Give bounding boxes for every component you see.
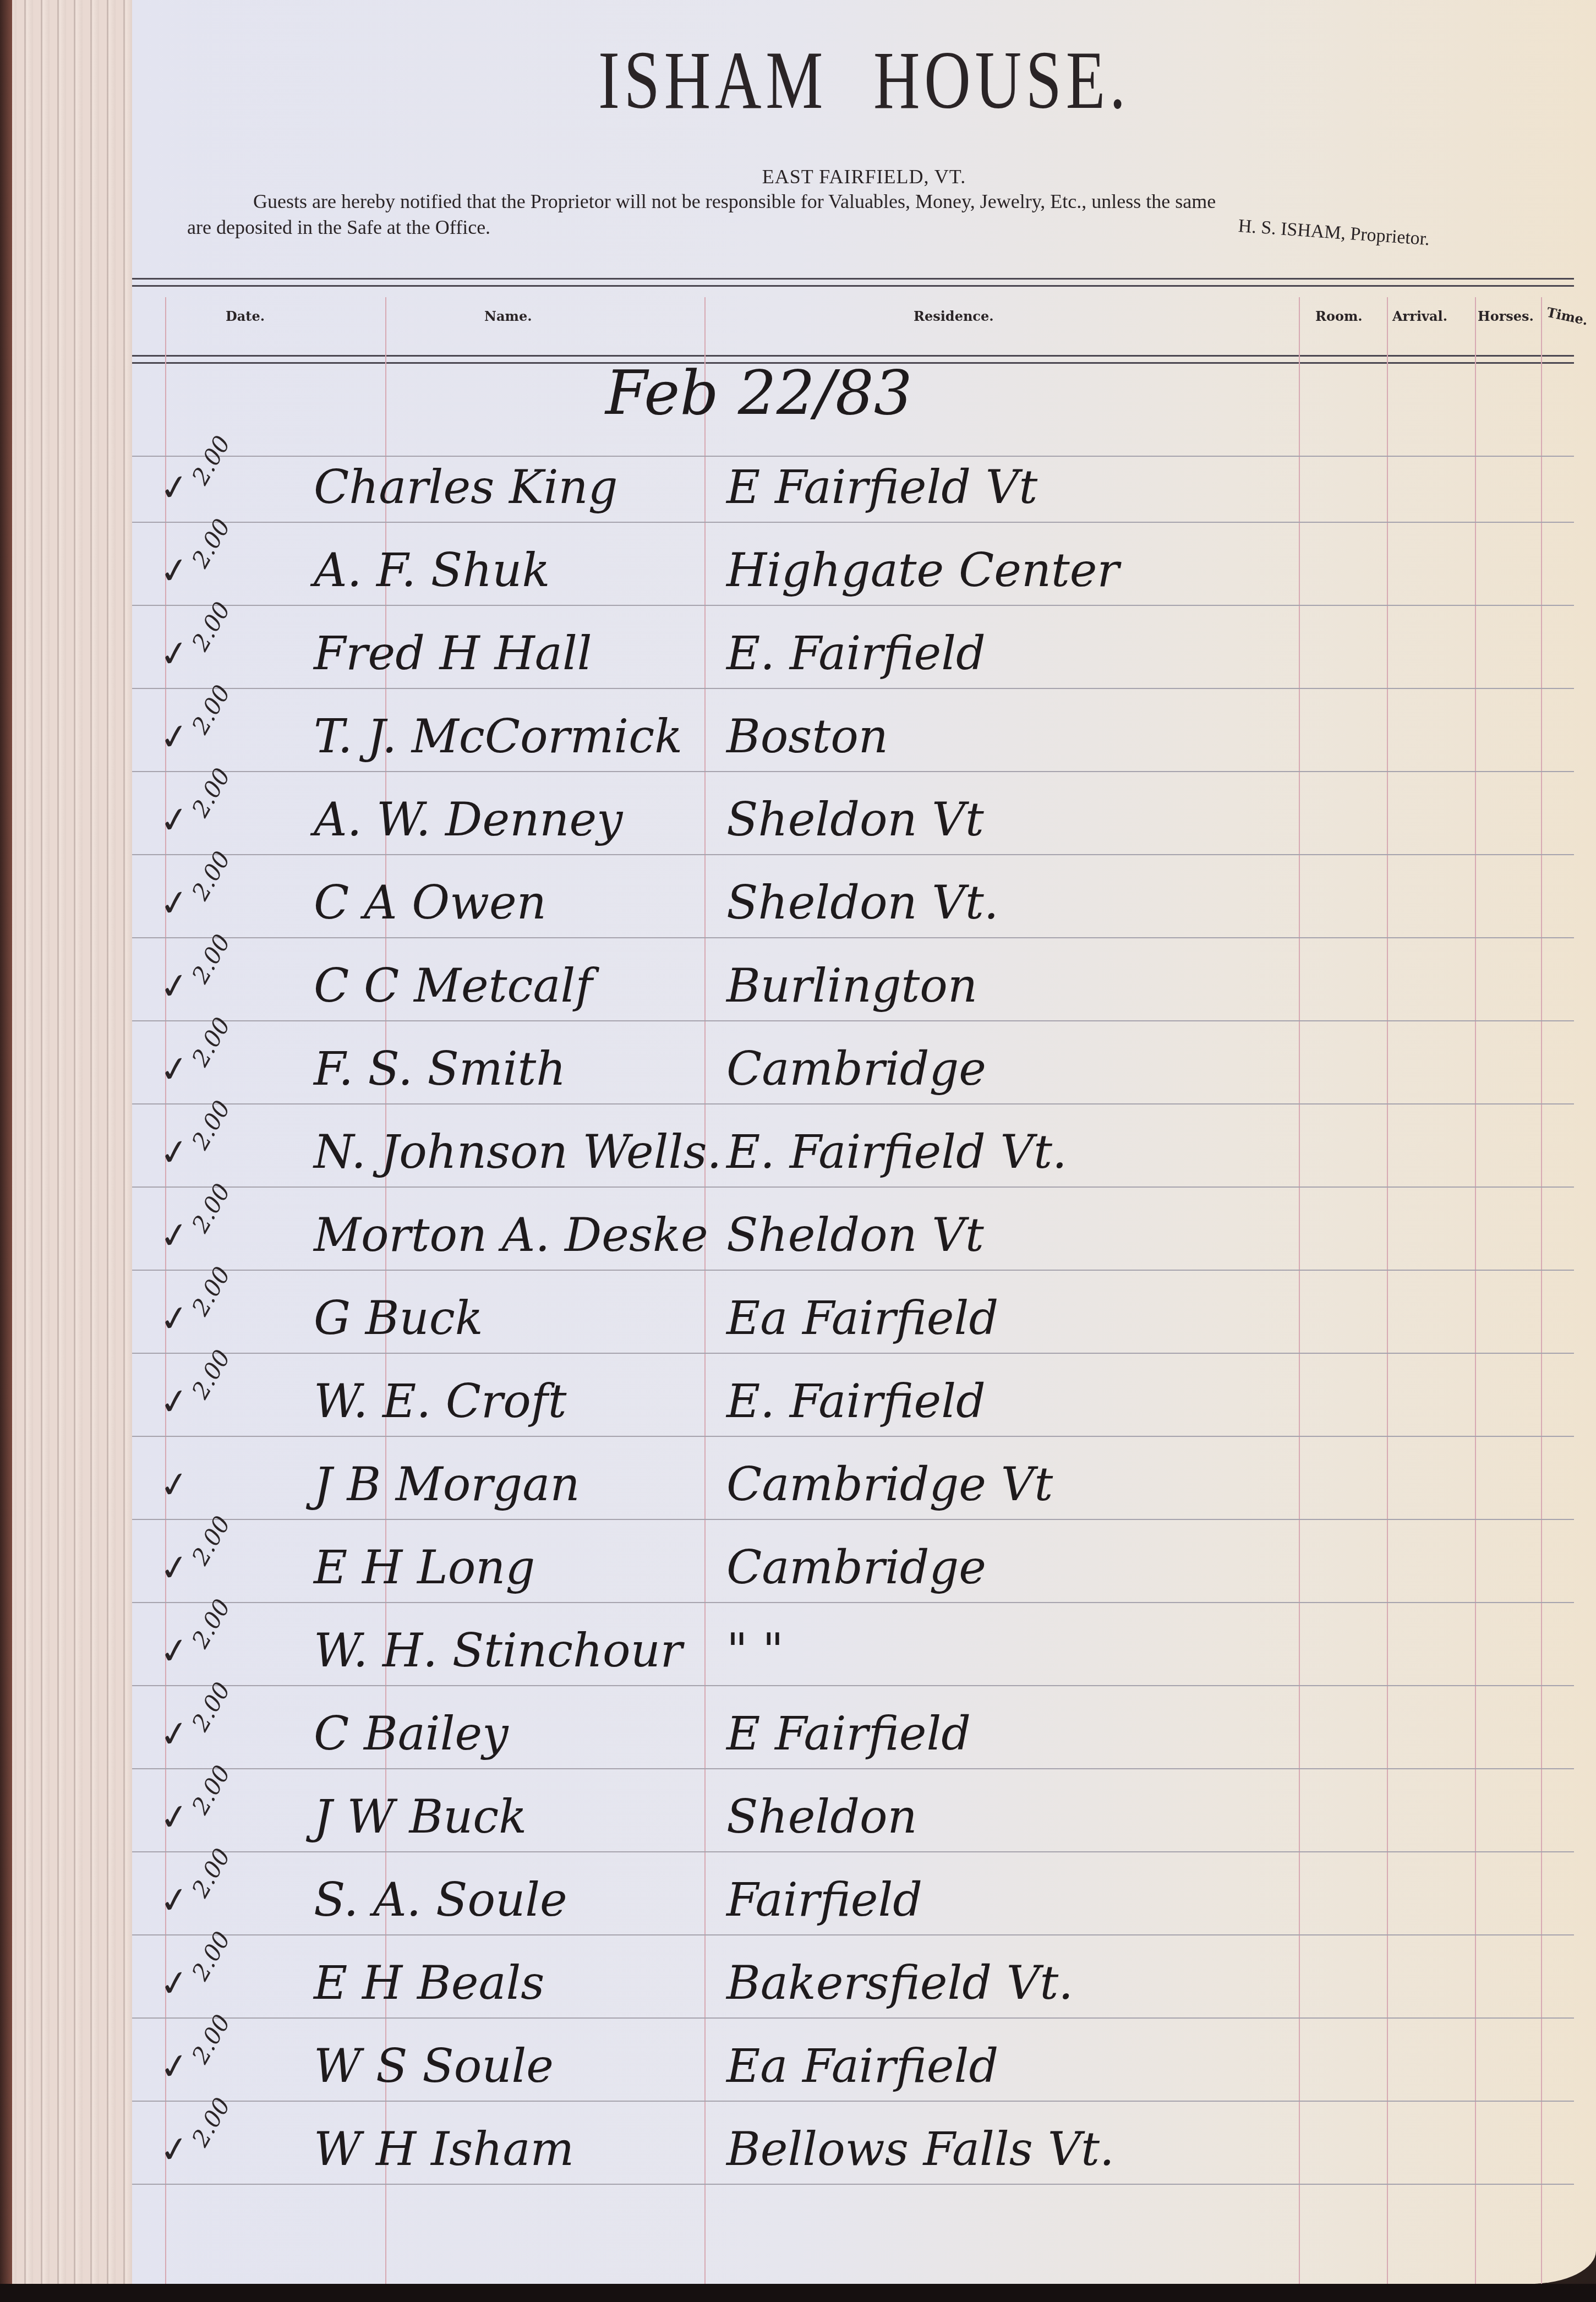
guest-residence: Boston — [726, 709, 888, 763]
proprietor-signature: H. S. ISHAM, Proprietor. — [1238, 216, 1430, 250]
ruled-line — [132, 1186, 1574, 1188]
paid-amount: 2.00 — [187, 1844, 236, 1901]
ruled-line — [132, 1685, 1574, 1686]
date-heading: Feb 22/83 — [605, 358, 912, 428]
guest-residence: E. Fairfield — [726, 626, 986, 680]
guest-residence: Bakersfield Vt. — [726, 1956, 1073, 2010]
guest-entry-row: ✓ 2.00 A. F. Shuk Highgate Center — [132, 540, 1574, 605]
paid-amount: 2.00 — [187, 514, 236, 572]
paid-amount: 2.00 — [187, 1677, 236, 1735]
ruled-line — [132, 1934, 1574, 1935]
guest-name: N. Johnson Wells. — [314, 1125, 722, 1179]
checkmark-icon: ✓ — [157, 1297, 192, 1342]
guest-entry-row: ✓ 2.00 C A Owen Sheldon Vt. — [132, 872, 1574, 937]
guest-entry-row: ✓ 2.00 W S Soule Ea Fairfield — [132, 2036, 1574, 2101]
guest-entry-row: ✓ 2.00 C C Metcalf Burlington — [132, 955, 1574, 1020]
checkmark-icon: ✓ — [157, 1546, 192, 1591]
checkmark-icon: ✓ — [157, 632, 192, 677]
guest-name: J B Morgan — [314, 1457, 580, 1511]
column-header-residence: Residence. — [914, 308, 994, 324]
paid-amount: 2.00 — [187, 431, 236, 489]
paid-amount: 2.00 — [187, 929, 236, 987]
guest-name: A. W. Denney — [314, 792, 623, 846]
guest-entry-row: ✓ 2.00 S. A. Soule Fairfield — [132, 1869, 1574, 1934]
guest-name: E H Long — [314, 1540, 535, 1594]
ruled-line — [132, 2184, 1574, 2185]
hotel-location: EAST FAIRFIELD, VT. — [132, 165, 1596, 188]
paid-amount: 2.00 — [187, 1013, 236, 1070]
header-top-rule — [132, 278, 1574, 287]
ruled-line — [132, 605, 1574, 606]
paid-amount: 2.00 — [187, 1262, 236, 1320]
paid-amount: 2.00 — [187, 1345, 236, 1403]
guest-name: Fred H Hall — [314, 626, 592, 680]
paid-amount: 2.00 — [187, 1760, 236, 1818]
notice-text-line1: Guests are hereby notified that the Prop… — [253, 190, 1596, 213]
paid-amount: 2.00 — [187, 763, 236, 821]
guest-name: A. F. Shuk — [314, 543, 550, 597]
ruled-line — [132, 2017, 1574, 2019]
guest-name: F. S. Smith — [314, 1042, 566, 1096]
guest-entry-row: ✓ 2.00 J W Buck Sheldon — [132, 1786, 1574, 1851]
column-header-horses: Horses. — [1478, 308, 1534, 324]
ruled-line — [132, 937, 1574, 938]
guest-entry-row: ✓ 2.00 W. H. Stinchour " " — [132, 1620, 1574, 1685]
guest-residence: Highgate Center — [726, 543, 1119, 597]
column-header-room: Room. — [1315, 308, 1363, 324]
guest-entry-row: ✓ 2.00 E H Beals Bakersfield Vt. — [132, 1953, 1574, 2017]
guest-name: C A Owen — [314, 876, 546, 929]
guest-residence: E. Fairfield Vt. — [726, 1125, 1067, 1179]
ruled-line — [132, 1851, 1574, 1852]
paid-amount: 2.00 — [187, 1511, 236, 1569]
ruled-line — [132, 771, 1574, 772]
paid-amount: 2.00 — [187, 2010, 236, 2068]
book-page-edges — [0, 0, 133, 2302]
checkmark-icon: ✓ — [157, 1131, 192, 1175]
guest-name: C C Metcalf — [314, 959, 593, 1013]
guest-residence: Fairfield — [726, 1873, 922, 1927]
guest-entry-row: ✓ 2.00 W H Isham Bellows Falls Vt. — [132, 2119, 1574, 2184]
notice-text-line2: are deposited in the Safe at the Office. — [187, 216, 490, 239]
guest-entry-row: ✓ 2.00 A. W. Denney Sheldon Vt — [132, 789, 1574, 854]
ruled-line — [132, 1103, 1574, 1104]
guest-name: Morton A. Deske — [314, 1208, 708, 1262]
guest-name: Charles King — [314, 460, 617, 514]
ruled-line — [132, 2101, 1574, 2102]
checkmark-icon: ✓ — [157, 1048, 192, 1092]
guest-entry-row: ✓ J B Morgan Cambridge Vt — [132, 1454, 1574, 1519]
guest-residence: E Fairfield — [726, 1707, 971, 1760]
ruled-line — [132, 1020, 1574, 1021]
guest-entry-row: ✓ 2.00 Fred H Hall E. Fairfield — [132, 623, 1574, 688]
guest-residence: Burlington — [726, 959, 977, 1013]
guest-name: W S Soule — [314, 2039, 554, 2093]
guest-residence: Bellows Falls Vt. — [726, 2122, 1114, 2176]
guest-name: G Buck — [314, 1291, 483, 1345]
paid-amount: 2.00 — [187, 1927, 236, 1984]
ruled-line — [132, 1519, 1574, 1520]
checkmark-icon: ✓ — [157, 1879, 192, 1923]
guest-residence: Ea Fairfield — [726, 2039, 998, 2093]
paid-amount: 2.00 — [187, 597, 236, 655]
guest-entry-row: ✓ 2.00 Morton A. Deske Sheldon Vt — [132, 1205, 1574, 1270]
checkmark-icon: ✓ — [157, 2045, 192, 2090]
guest-name: W. E. Croft — [314, 1374, 567, 1428]
paid-amount: 2.00 — [187, 2093, 236, 2151]
guest-name: W H Isham — [314, 2122, 574, 2176]
guest-residence: " " — [726, 1623, 784, 1677]
guest-entry-row: ✓ 2.00 W. E. Croft E. Fairfield — [132, 1371, 1574, 1436]
ruled-line — [132, 1353, 1574, 1354]
guest-residence: Sheldon Vt. — [726, 876, 998, 929]
checkmark-icon: ✓ — [157, 1962, 192, 2006]
ruled-line — [132, 1436, 1574, 1437]
checkmark-icon: ✓ — [157, 715, 192, 760]
guest-name: T. J. McCormick — [314, 709, 682, 763]
column-header-date: Date. — [226, 308, 265, 324]
guest-entry-row: ✓ 2.00 C Bailey E Fairfield — [132, 1703, 1574, 1768]
guest-residence: Cambridge — [726, 1540, 986, 1594]
checkmark-icon: ✓ — [157, 1214, 192, 1259]
guest-residence: Ea Fairfield — [726, 1291, 998, 1345]
paid-amount: 2.00 — [187, 1594, 236, 1652]
guest-name: S. A. Soule — [314, 1873, 567, 1927]
guest-entry-row: ✓ 2.00 N. Johnson Wells. E. Fairfield Vt… — [132, 1122, 1574, 1186]
checkmark-icon: ✓ — [157, 549, 192, 594]
column-header-name: Name. — [484, 308, 532, 324]
paid-amount: 2.00 — [187, 680, 236, 738]
guest-residence: Cambridge — [726, 1042, 986, 1096]
checkmark-icon: ✓ — [157, 1713, 192, 1757]
background-shadow — [0, 2284, 1596, 2302]
checkmark-icon: ✓ — [157, 1796, 192, 1840]
paid-amount: 2.00 — [187, 1179, 236, 1237]
checkmark-icon: ✓ — [157, 2128, 192, 2173]
guest-residence: Sheldon Vt — [726, 1208, 984, 1262]
guest-residence: Cambridge Vt — [726, 1457, 1053, 1511]
guest-name: J W Buck — [314, 1790, 527, 1844]
ruled-line — [132, 1602, 1574, 1603]
column-header-arrival: Arrival. — [1392, 308, 1447, 324]
hotel-title: ISHAM HOUSE. — [293, 33, 1435, 128]
checkmark-icon: ✓ — [157, 1380, 192, 1425]
guest-name: W. H. Stinchour — [314, 1623, 682, 1677]
guest-entry-row: ✓ 2.00 F. S. Smith Cambridge — [132, 1038, 1574, 1103]
checkmark-icon: ✓ — [157, 799, 192, 843]
guest-entry-row: ✓ 2.00 G Buck Ea Fairfield — [132, 1288, 1574, 1353]
guest-name: E H Beals — [314, 1956, 544, 2010]
register-page: ISHAM HOUSE. EAST FAIRFIELD, VT. Guests … — [132, 0, 1596, 2284]
guest-residence: Sheldon Vt — [726, 792, 984, 846]
paid-amount: 2.00 — [187, 1096, 236, 1153]
checkmark-icon: ✓ — [157, 882, 192, 926]
ruled-line — [132, 1270, 1574, 1271]
column-header-time: Time. — [1545, 304, 1589, 328]
checkmark-icon: ✓ — [157, 466, 192, 511]
guest-entry-row: ✓ 2.00 Charles King E Fairfield Vt — [132, 457, 1574, 522]
guest-name: C Bailey — [314, 1707, 509, 1760]
ruled-line — [132, 854, 1574, 855]
guest-residence: E. Fairfield — [726, 1374, 986, 1428]
guest-residence: E Fairfield Vt — [726, 460, 1037, 514]
guest-residence: Sheldon — [726, 1790, 917, 1844]
checkmark-icon: ✓ — [157, 1630, 192, 1674]
guest-entry-row: ✓ 2.00 E H Long Cambridge — [132, 1537, 1574, 1602]
ruled-line — [132, 522, 1574, 523]
checkmark-icon: ✓ — [157, 1463, 192, 1508]
ruled-line — [132, 1768, 1574, 1769]
ruled-line — [132, 688, 1574, 689]
guest-entry-row: ✓ 2.00 T. J. McCormick Boston — [132, 706, 1574, 771]
paid-amount: 2.00 — [187, 846, 236, 904]
checkmark-icon: ✓ — [157, 965, 192, 1009]
